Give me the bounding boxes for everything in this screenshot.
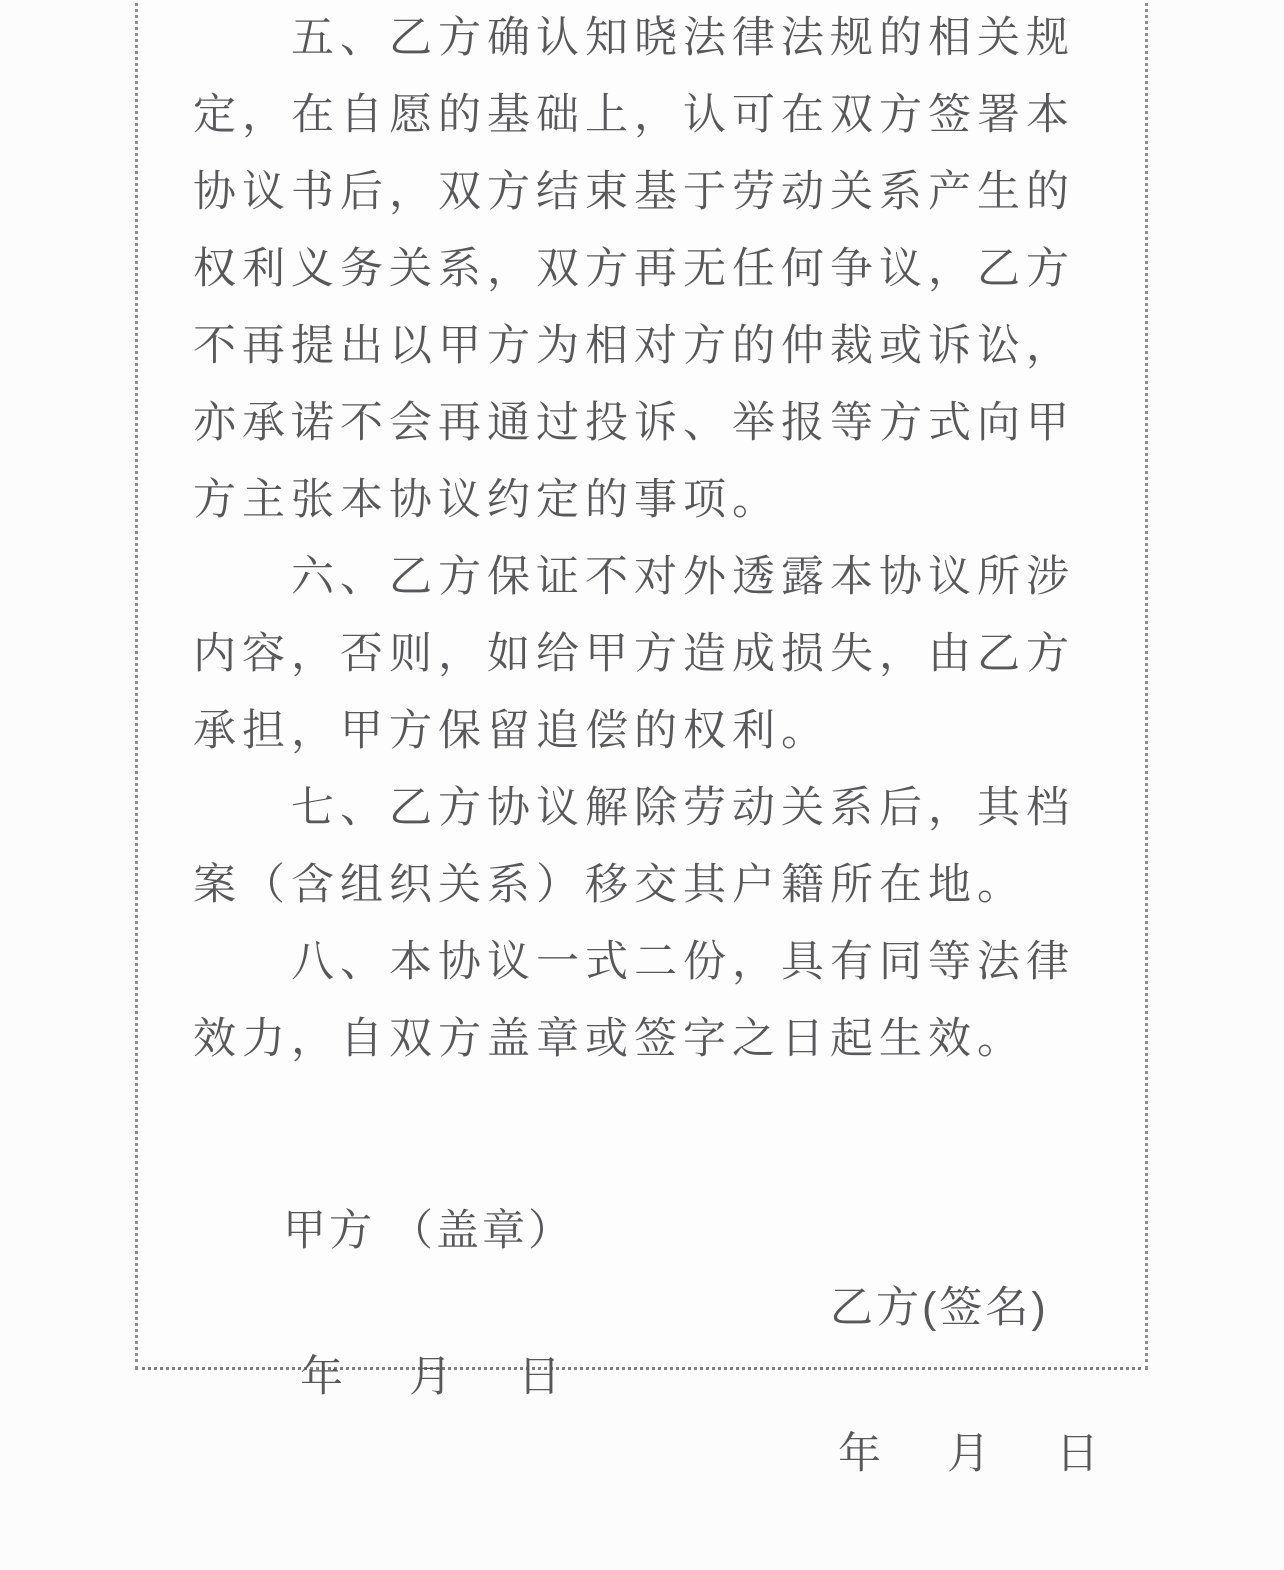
agreement-line: 权利义务关系，双方再无任何争议，乙方 xyxy=(193,231,1085,308)
agreement-line: 案（含组织关系）移交其户籍所在地。 xyxy=(193,847,1085,924)
party-a-date-line: 年 月 日 xyxy=(300,1339,564,1416)
agreement-line: 六、乙方保证不对外透露本协议所涉 xyxy=(193,539,1085,616)
party-b-date-line: 年 月 日 xyxy=(838,1416,1102,1441)
document-page: 五、乙方确认知晓法律法规的相关规定，在自愿的基础上，认可在双方签署本协议书后，双… xyxy=(135,0,1148,1370)
agreement-line: 七、乙方协议解除劳动关系后，其档 xyxy=(193,770,1085,847)
agreement-line: 效力，自双方盖章或签字之日起生效。 xyxy=(193,1001,1085,1078)
signature-row: 甲方 （盖章） 乙方(签名) xyxy=(138,1116,1145,1193)
agreement-line: 承担，甲方保留追偿的权利。 xyxy=(193,693,1085,770)
agreement-line: 不再提出以甲方为相对方的仲裁或诉讼， xyxy=(193,308,1085,385)
agreement-line: 八、本协议一式二份，具有同等法律 xyxy=(193,924,1085,1001)
agreement-line: 亦承诺不会再通过投诉、举报等方式向甲 xyxy=(193,385,1085,462)
agreement-line: 协议书后，双方结束基于劳动关系产生的 xyxy=(193,154,1085,231)
agreement-line: 方主张本协议约定的事项。 xyxy=(193,462,1085,539)
agreement-line: 五、乙方确认知晓法律法规的相关规 xyxy=(193,0,1085,77)
clause-paragraph: 七、乙方协议解除劳动关系后，其档案（含组织关系）移交其户籍所在地。 xyxy=(193,770,1085,924)
agreement-line: 内容，否则，如给甲方造成损失，由乙方 xyxy=(193,616,1085,693)
agreement-body: 五、乙方确认知晓法律法规的相关规定，在自愿的基础上，认可在双方签署本协议书后，双… xyxy=(138,0,1145,1078)
clause-paragraph: 五、乙方确认知晓法律法规的相关规定，在自愿的基础上，认可在双方签署本协议书后，双… xyxy=(193,0,1085,539)
date-row: 年 月 日 年 月 日 xyxy=(138,1262,1145,1339)
clause-paragraph: 八、本协议一式二份，具有同等法律效力，自双方盖章或签字之日起生效。 xyxy=(193,924,1085,1078)
agreement-line: 定，在自愿的基础上，认可在双方签署本 xyxy=(193,77,1085,154)
clause-paragraph: 六、乙方保证不对外透露本协议所涉内容，否则，如给甲方造成损失，由乙方承担，甲方保… xyxy=(193,539,1085,770)
party-a-signature-label: 甲方 （盖章） xyxy=(283,1193,574,1270)
